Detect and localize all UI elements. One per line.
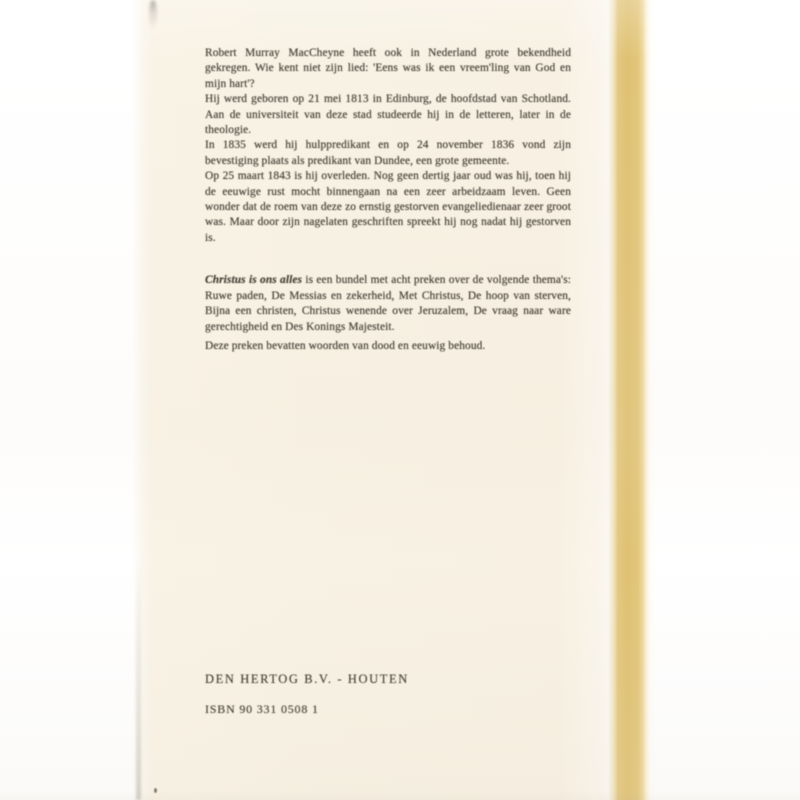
- isbn-line: ISBN 90 331 0508 1: [205, 702, 319, 717]
- scan-speck: [154, 788, 157, 793]
- blurb-paragraph-biography-3: In 1835 werd hij hulppredikant en op 24 …: [205, 138, 571, 169]
- blurb-paragraph-biography-1: Robert Murray MacCheyne heeft ook in Ned…: [205, 46, 571, 92]
- publisher-line: DEN HERTOG B.V. - HOUTEN: [205, 672, 409, 687]
- book-title: Christus is ons alles: [205, 274, 302, 286]
- scan-smudge-top: [149, 0, 157, 30]
- page-edge-shadow: [136, 560, 141, 800]
- back-cover-blurb: Robert Murray MacCheyne heeft ook in Ned…: [205, 46, 571, 354]
- blurb-paragraph-closing: Deze preken bevatten woorden van dood en…: [205, 339, 571, 354]
- blurb-paragraph-biography-2: Hij werd geboren op 21 mei 1813 in Edinb…: [205, 92, 571, 138]
- blurb-paragraph-contents: Christus is ons alles is een bundel met …: [205, 273, 571, 335]
- blurb-paragraph-biography-4: Op 25 maart 1843 is hij overleden. Nog g…: [205, 169, 571, 246]
- book-back-cover-scan: Robert Murray MacCheyne heeft ook in Ned…: [0, 0, 800, 800]
